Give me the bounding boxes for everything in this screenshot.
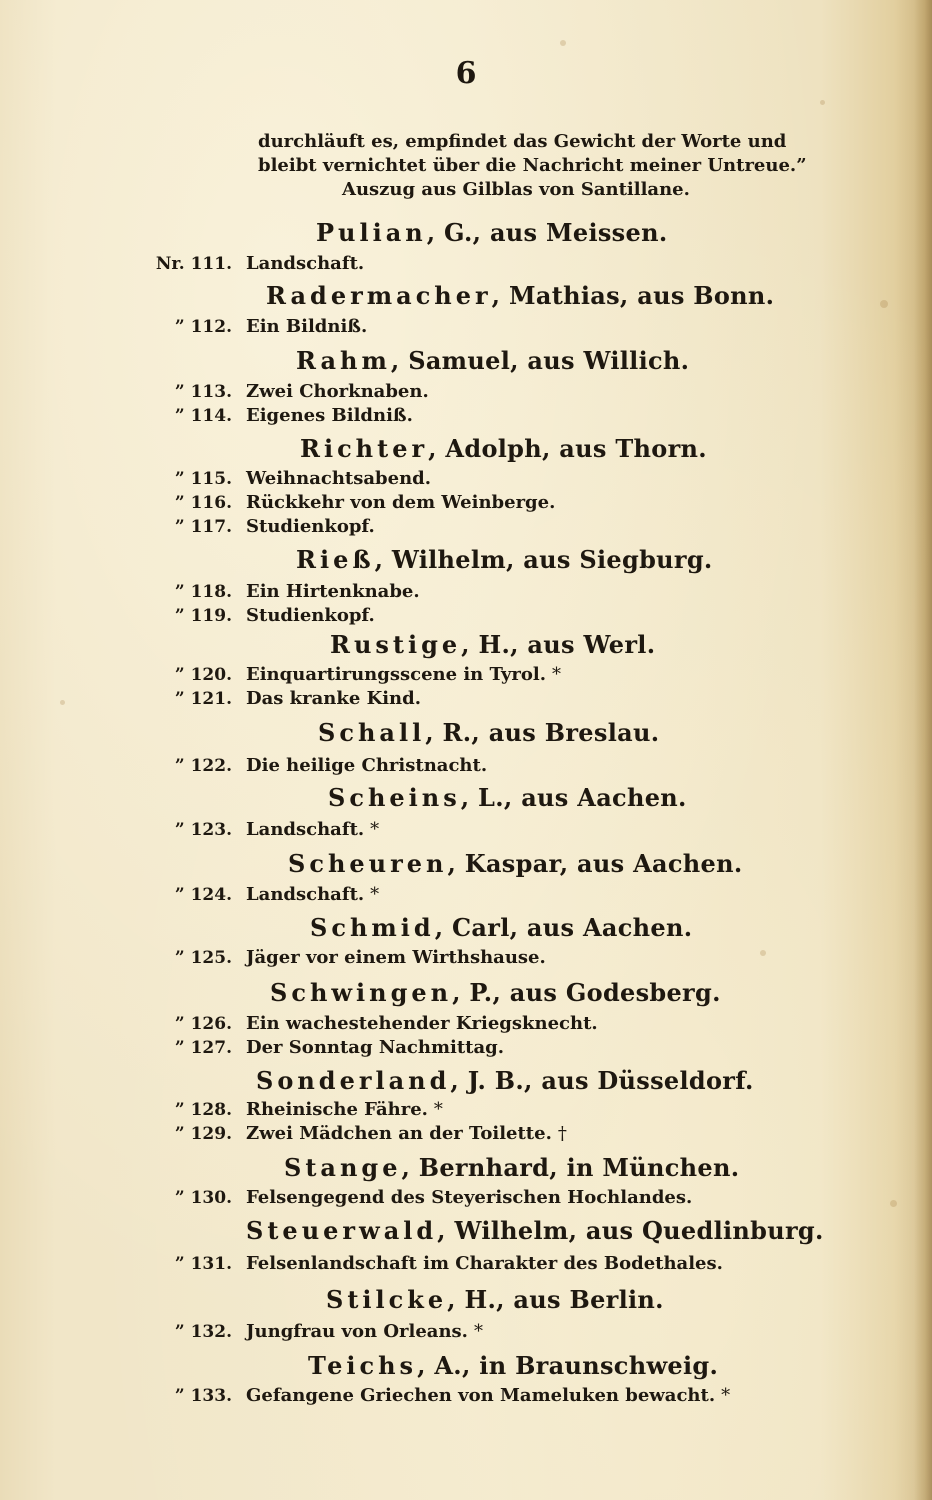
paper-speck (60, 700, 65, 705)
catalog-entry: ” 122.Die heilige Christnacht. (128, 754, 493, 778)
paper-speck (560, 40, 566, 46)
artist-surname: Sonderland (256, 1066, 450, 1095)
artist-details: , H., aus Berlin. (447, 1285, 664, 1314)
artist-heading: Richter, Adolph, aus Thorn. (300, 434, 707, 463)
paper-speck (820, 100, 825, 105)
entry-number: ” 116. (128, 491, 246, 515)
entry-title: Eigenes Bildniß. (246, 405, 413, 426)
catalog-entry: ” 118.Ein Hirtenknabe. (128, 580, 426, 604)
entry-number: ” 130. (128, 1186, 246, 1210)
catalog-entry: ” 115.Weihnachtsabend. (128, 467, 437, 491)
artist-surname: Rahm (296, 346, 391, 375)
page-number: 6 (446, 56, 486, 91)
catalog-entry: ” 119.Studienkopf. (128, 604, 381, 628)
entry-number: ” 123. (128, 818, 246, 842)
artist-details: , Wilhelm, aus Siegburg. (375, 545, 713, 574)
entry-title: Der Sonntag Nachmittag. (246, 1037, 504, 1058)
artist-details: , Kaspar, aus Aachen. (447, 849, 742, 878)
catalog-entry: ” 117.Studienkopf. (128, 515, 381, 539)
entry-mark: * (370, 819, 379, 840)
artist-surname: Rieß (296, 545, 375, 574)
entry-title: Die heilige Christnacht. (246, 755, 487, 776)
entry-number: ” 115. (128, 467, 246, 491)
entry-title: Felsengegend des Steyerischen Hochlandes… (246, 1187, 692, 1208)
artist-heading: Radermacher, Mathias, aus Bonn. (266, 281, 774, 310)
artist-details: , Adolph, aus Thorn. (428, 434, 707, 463)
catalog-entry: ” 131.Felsenlandschaft im Charakter des … (128, 1252, 729, 1276)
artist-heading: Stange, Bernhard, in München. (284, 1153, 739, 1182)
artist-surname: Teichs (308, 1351, 417, 1380)
entry-mark: * (721, 1385, 730, 1406)
entry-number: ” 129. (128, 1122, 246, 1146)
entry-number: ” 120. (128, 663, 246, 687)
artist-details: , Carl, aus Aachen. (435, 913, 693, 942)
artist-heading: Scheuren, Kaspar, aus Aachen. (288, 849, 743, 878)
catalog-entry: ” 121.Das kranke Kind. (128, 687, 427, 711)
entry-title: Zwei Chorknaben. (246, 381, 429, 402)
artist-surname: Scheins (328, 783, 461, 812)
entry-title: Studienkopf. (246, 605, 375, 626)
artist-details: , R., aus Breslau. (425, 718, 659, 747)
intro-line: bleibt vernichtet über die Nachricht mei… (258, 154, 848, 178)
artist-details: , G., aus Meissen. (427, 218, 668, 247)
entry-mark: * (474, 1321, 483, 1342)
paper-speck (760, 950, 766, 956)
catalog-entry: ” 127.Der Sonntag Nachmittag. (128, 1036, 510, 1060)
artist-heading: Sonderland, J. B., aus Düsseldorf. (256, 1066, 754, 1095)
artist-heading: Schmid, Carl, aus Aachen. (310, 913, 692, 942)
entry-mark: † (558, 1123, 567, 1144)
entry-title: Das kranke Kind. (246, 688, 421, 709)
artist-heading: Rustige, H., aus Werl. (330, 630, 655, 659)
paper-speck (890, 1200, 897, 1207)
artist-details: , Wilhelm, aus Quedlinburg. (437, 1216, 824, 1245)
entry-number: ” 112. (128, 315, 246, 339)
artist-surname: Schwingen (270, 978, 452, 1007)
artist-heading: Pulian, G., aus Meissen. (316, 218, 667, 247)
entry-number: ” 125. (128, 946, 246, 970)
artist-details: , L., aus Aachen. (461, 783, 687, 812)
artist-surname: Radermacher (266, 281, 492, 310)
entry-title: Studienkopf. (246, 516, 375, 537)
artist-surname: Richter (300, 434, 428, 463)
entry-title: Rheinische Fähre. (246, 1099, 428, 1120)
entry-number: Nr. 111. (128, 252, 246, 276)
catalog-entry: ” 120.Einquartirungsscene in Tyrol.* (128, 663, 561, 687)
catalog-entry: ” 123.Landschaft.* (128, 818, 379, 842)
artist-surname: Steuerwald (246, 1216, 437, 1245)
entry-number: ” 132. (128, 1320, 246, 1344)
entry-title: Jäger vor einem Wirthshause. (246, 947, 546, 968)
catalog-entry: ” 130.Felsengegend des Steyerischen Hoch… (128, 1186, 698, 1210)
artist-heading: Stilcke, H., aus Berlin. (326, 1285, 664, 1314)
entry-title: Landschaft. (246, 253, 364, 274)
artist-details: , Mathias, aus Bonn. (492, 281, 775, 310)
artist-surname: Scheuren (288, 849, 447, 878)
entry-number: ” 114. (128, 404, 246, 428)
artist-surname: Rustige (330, 630, 461, 659)
artist-heading: Scheins, L., aus Aachen. (328, 783, 687, 812)
artist-details: , Bernhard, in München. (401, 1153, 739, 1182)
artist-heading: Rahm, Samuel, aus Willich. (296, 346, 689, 375)
artist-details: , A., in Braunschweig. (417, 1351, 718, 1380)
artist-details: , Samuel, aus Willich. (391, 346, 689, 375)
page-edge-shadow (914, 0, 932, 1500)
entry-title: Weihnachtsabend. (246, 468, 431, 489)
artist-heading: Steuerwald, Wilhelm, aus Quedlinburg. (246, 1216, 824, 1245)
entry-title: Zwei Mädchen an der Toilette. (246, 1123, 552, 1144)
entry-title: Landschaft. (246, 819, 364, 840)
artist-surname: Stilcke (326, 1285, 447, 1314)
entry-number: ” 119. (128, 604, 246, 628)
intro-line: durchläuft es, empfindet das Gewicht der… (258, 130, 848, 154)
catalog-entry: ” 116.Rückkehr von dem Weinberge. (128, 491, 561, 515)
entry-mark: * (370, 884, 379, 905)
entry-number: ” 131. (128, 1252, 246, 1276)
intro-quote: durchläuft es, empfindet das Gewicht der… (258, 130, 848, 202)
artist-details: , H., aus Werl. (461, 630, 655, 659)
entry-number: ” 124. (128, 883, 246, 907)
artist-details: , J. B., aus Düsseldorf. (450, 1066, 753, 1095)
artist-surname: Stange (284, 1153, 401, 1182)
entry-title: Gefangene Griechen von Mameluken bewacht… (246, 1385, 715, 1406)
intro-source: Auszug aus Gilblas von Santillane. (258, 178, 848, 202)
entry-number: ” 118. (128, 580, 246, 604)
artist-heading: Teichs, A., in Braunschweig. (308, 1351, 718, 1380)
artist-surname: Schall (318, 718, 425, 747)
catalog-entry: ” 128.Rheinische Fähre.* (128, 1098, 443, 1122)
artist-surname: Pulian (316, 218, 427, 247)
artist-surname: Schmid (310, 913, 435, 942)
entry-mark: * (552, 664, 561, 685)
artist-heading: Rieß, Wilhelm, aus Siegburg. (296, 545, 713, 574)
entry-number: ” 113. (128, 380, 246, 404)
catalog-entry: ” 129.Zwei Mädchen an der Toilette.† (128, 1122, 567, 1146)
entry-title: Rückkehr von dem Weinberge. (246, 492, 555, 513)
entry-number: ” 122. (128, 754, 246, 778)
entry-number: ” 133. (128, 1384, 246, 1408)
book-page: 6 durchläuft es, empfindet das Gewicht d… (0, 0, 932, 1500)
entry-mark: * (434, 1099, 443, 1120)
catalog-entry: ” 132.Jungfrau von Orleans.* (128, 1320, 483, 1344)
entry-number: ” 127. (128, 1036, 246, 1060)
entry-title: Felsenlandschaft im Charakter des Bodeth… (246, 1253, 723, 1274)
catalog-entry: Nr. 111.Landschaft. (128, 252, 370, 276)
artist-heading: Schwingen, P., aus Godesberg. (270, 978, 721, 1007)
entry-number: ” 121. (128, 687, 246, 711)
paper-speck (880, 300, 888, 308)
entry-title: Jungfrau von Orleans. (246, 1321, 468, 1342)
entry-title: Landschaft. (246, 884, 364, 905)
entry-number: ” 126. (128, 1012, 246, 1036)
entry-number: ” 128. (128, 1098, 246, 1122)
entry-title: Ein Hirtenknabe. (246, 581, 420, 602)
catalog-entry: ” 126.Ein wachestehender Kriegsknecht. (128, 1012, 604, 1036)
entry-title: Einquartirungsscene in Tyrol. (246, 664, 546, 685)
artist-details: , P., aus Godesberg. (452, 978, 721, 1007)
catalog-entry: ” 114.Eigenes Bildniß. (128, 404, 419, 428)
catalog-entry: ” 112.Ein Bildniß. (128, 315, 373, 339)
catalog-entry: ” 125.Jäger vor einem Wirthshause. (128, 946, 552, 970)
catalog-entry: ” 113.Zwei Chorknaben. (128, 380, 435, 404)
entry-title: Ein wachestehender Kriegsknecht. (246, 1013, 598, 1034)
entry-title: Ein Bildniß. (246, 316, 367, 337)
catalog-entry: ” 133.Gefangene Griechen von Mameluken b… (128, 1384, 730, 1408)
artist-heading: Schall, R., aus Breslau. (318, 718, 659, 747)
catalog-entry: ” 124.Landschaft.* (128, 883, 379, 907)
entry-number: ” 117. (128, 515, 246, 539)
